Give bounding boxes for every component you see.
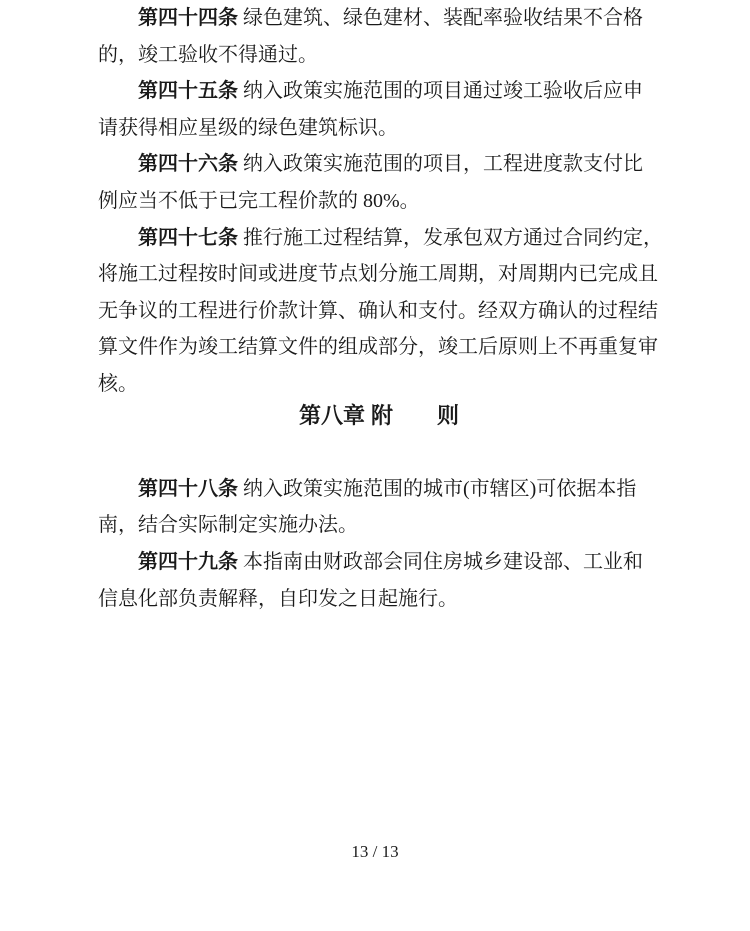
- article-number: 第四十七条: [138, 227, 238, 249]
- article-text: 纳入政策实施范围的项目通过竣工验收后应申: [238, 80, 643, 102]
- text-line: 第四十四条 绿色建筑、绿色建材、装配率验收结果不合格: [98, 0, 660, 37]
- document-body: 第四十四条 绿色建筑、绿色建材、装配率验收结果不合格的，竣工验收不得通过。第四十…: [98, 0, 660, 617]
- text-line: 第四十七条 推行施工过程结算，发承包双方通过合同约定，: [98, 220, 660, 257]
- article-paragraph: 第四十七条 推行施工过程结算，发承包双方通过合同约定，将施工过程按时间或进度节点…: [98, 220, 660, 403]
- article-paragraph: 第四十九条 本指南由财政部会同住房城乡建设部、工业和信息化部负责解释，自印发之日…: [98, 544, 660, 617]
- text-line: 信息化部负责解释，自印发之日起施行。: [98, 581, 660, 618]
- article-number: 第四十九条: [138, 551, 238, 573]
- article-number: 第四十四条: [138, 7, 238, 29]
- text-line: 无争议的工程进行价款计算、确认和支付。经双方确认的过程结: [98, 293, 660, 330]
- article-text: 推行施工过程结算，发承包双方通过合同约定，: [238, 227, 663, 249]
- article-paragraph: 第四十五条 纳入政策实施范围的项目通过竣工验收后应申请获得相应星级的绿色建筑标识…: [98, 73, 660, 146]
- article-paragraph: 第四十四条 绿色建筑、绿色建材、装配率验收结果不合格的，竣工验收不得通过。: [98, 0, 660, 73]
- article-text: 本指南由财政部会同住房城乡建设部、工业和: [238, 551, 643, 573]
- text-line: 南，结合实际制定实施办法。: [98, 507, 660, 544]
- article-paragraph: 第四十八条 纳入政策实施范围的城市(市辖区)可依据本指南，结合实际制定实施办法。: [98, 471, 660, 544]
- text-line: 例应当不低于已完工程价款的 80%。: [98, 183, 660, 220]
- text-line: 请获得相应星级的绿色建筑标识。: [98, 110, 660, 147]
- article-number: 第四十八条: [138, 478, 238, 500]
- article-number: 第四十六条: [138, 153, 238, 175]
- page-number: 13 / 13: [0, 840, 750, 864]
- text-line: 第四十六条 纳入政策实施范围的项目，工程进度款支付比: [98, 146, 660, 183]
- text-line: 将施工过程按时间或进度节点划分施工周期，对周期内已完成且: [98, 256, 660, 293]
- article-paragraph: 第四十六条 纳入政策实施范围的项目，工程进度款支付比例应当不低于已完工程价款的 …: [98, 146, 660, 219]
- chapter-heading: 第八章 附 则: [98, 398, 660, 435]
- article-text: 绿色建筑、绿色建材、装配率验收结果不合格: [238, 7, 643, 29]
- text-line: 第四十八条 纳入政策实施范围的城市(市辖区)可依据本指: [98, 471, 660, 508]
- article-text: 纳入政策实施范围的城市(市辖区)可依据本指: [238, 478, 636, 500]
- article-number: 第四十五条: [138, 80, 238, 102]
- text-line: 的，竣工验收不得通过。: [98, 37, 660, 74]
- document-page: 第四十四条 绿色建筑、绿色建材、装配率验收结果不合格的，竣工验收不得通过。第四十…: [0, 0, 750, 931]
- text-line: 算文件作为竣工结算文件的组成部分，竣工后原则上不再重复审: [98, 329, 660, 366]
- text-line: 第四十五条 纳入政策实施范围的项目通过竣工验收后应申: [98, 73, 660, 110]
- text-line: 第四十九条 本指南由财政部会同住房城乡建设部、工业和: [98, 544, 660, 581]
- article-text: 纳入政策实施范围的项目，工程进度款支付比: [238, 153, 643, 175]
- blank-line: [98, 434, 660, 471]
